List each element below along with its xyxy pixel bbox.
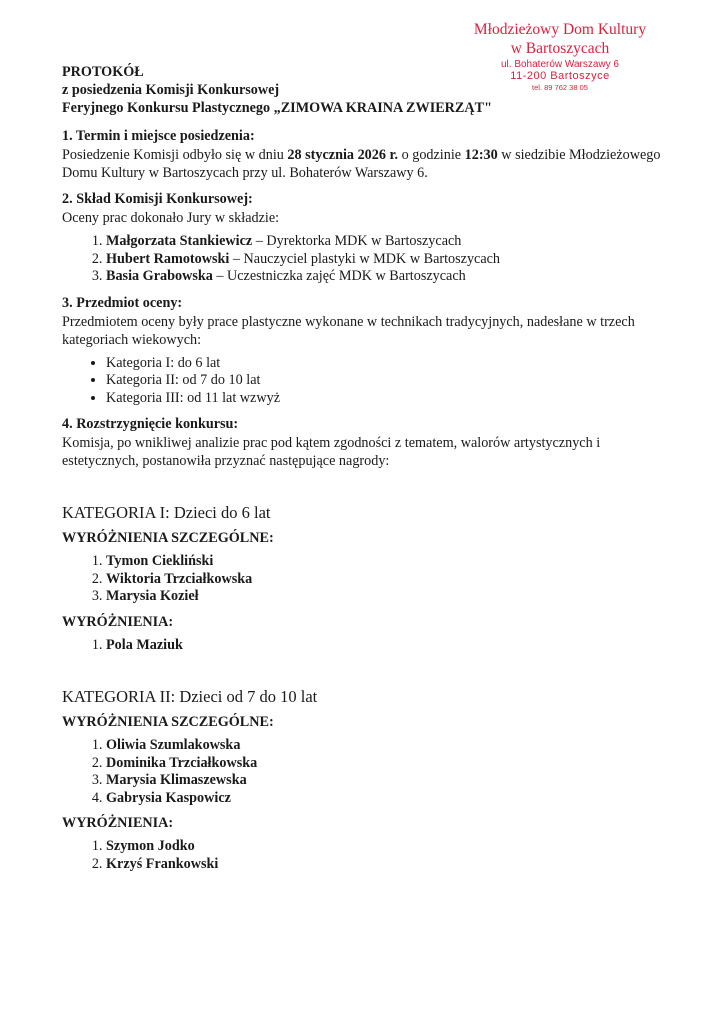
age-category: Kategoria II: od 7 do 10 lat: [106, 372, 662, 390]
section-3-text: Przedmiotem oceny były prace plastyczne …: [62, 313, 662, 349]
winner-name: Dominika Trzciałkowska: [106, 755, 662, 773]
jury-member: Basia Grabowska – Uczestniczka zajęć MDK…: [106, 268, 662, 286]
honorable-awards-list: Pola Maziuk: [62, 637, 662, 655]
doc-subtitle-1: z posiedzenia Komisji Konkursowej: [62, 81, 662, 99]
stamp-city: w Bartoszycach: [470, 41, 650, 57]
special-awards-label: WYRÓŻNIENIA SZCZEGÓLNE:: [62, 713, 662, 731]
member-role: – Uczestniczka zajęć MDK w Bartoszycach: [213, 268, 466, 284]
winner-name: Gabrysia Kaspowicz: [106, 790, 662, 808]
section-3-heading: 3. Przedmiot oceny:: [62, 294, 662, 312]
age-category: Kategoria III: od 11 lat wzwyż: [106, 390, 662, 408]
honorable-awards-label: WYRÓŻNIENIA:: [62, 814, 662, 832]
special-awards-list: Oliwia SzumlakowskaDominika Trzciałkowsk…: [62, 737, 662, 807]
member-role: – Dyrektorka MDK w Bartoszycach: [252, 233, 461, 249]
jury-list: Małgorzata Stankiewicz – Dyrektorka MDK …: [62, 233, 662, 286]
jury-member: Hubert Ramotowski – Nauczyciel plastyki …: [106, 251, 662, 269]
winner-name: Krzyś Frankowski: [106, 856, 662, 874]
meeting-time: 12:30: [465, 147, 498, 163]
winner-name: Wiktoria Trzciałkowska: [106, 571, 662, 589]
age-category-list: Kategoria I: do 6 latKategoria II: od 7 …: [62, 355, 662, 408]
winner-name: Szymon Jodko: [106, 838, 662, 856]
doc-subtitle-2: Feryjnego Konkursu Plastycznego „ZIMOWA …: [62, 99, 662, 117]
protocol-document: PROTOKÓŁ z posiedzenia Komisji Konkursow…: [62, 63, 662, 873]
text-part: o godzinie: [398, 147, 465, 163]
category-heading: KATEGORIA II: Dzieci od 7 do 10 lat: [62, 688, 662, 706]
member-name: Małgorzata Stankiewicz: [106, 233, 252, 249]
section-2-heading: 2. Skład Komisji Konkursowej:: [62, 190, 662, 208]
category-heading: KATEGORIA I: Dzieci do 6 lat: [62, 504, 662, 522]
honorable-awards-label: WYRÓŻNIENIA:: [62, 613, 662, 631]
winner-name: Oliwia Szumlakowska: [106, 737, 662, 755]
stamp-name: Młodzieżowy Dom Kultury: [470, 22, 650, 38]
honorable-awards-list: Szymon JodkoKrzyś Frankowski: [62, 838, 662, 873]
winner-name: Marysia Klimaszewska: [106, 772, 662, 790]
section-4-heading: 4. Rozstrzygnięcie konkursu:: [62, 415, 662, 433]
meeting-date: 28 stycznia 2026 r.: [287, 147, 398, 163]
member-name: Basia Grabowska: [106, 268, 213, 284]
text-part: Posiedzenie Komisji odbyło się w dniu: [62, 147, 287, 163]
special-awards-label: WYRÓŻNIENIA SZCZEGÓLNE:: [62, 529, 662, 547]
section-1-heading: 1. Termin i miejsce posiedzenia:: [62, 127, 662, 145]
jury-member: Małgorzata Stankiewicz – Dyrektorka MDK …: [106, 233, 662, 251]
results: KATEGORIA I: Dzieci do 6 latWYRÓŻNIENIA …: [62, 504, 662, 873]
section-2-intro: Oceny prac dokonało Jury w składzie:: [62, 209, 662, 227]
section-4-text: Komisja, po wnikliwej analizie prac pod …: [62, 434, 662, 470]
winner-name: Tymon Ciekliński: [106, 553, 662, 571]
special-awards-list: Tymon CieklińskiWiktoria TrzciałkowskaMa…: [62, 553, 662, 606]
section-1-text: Posiedzenie Komisji odbyło się w dniu 28…: [62, 146, 662, 182]
winner-name: Pola Maziuk: [106, 637, 662, 655]
doc-title: PROTOKÓŁ: [62, 63, 662, 81]
age-category: Kategoria I: do 6 lat: [106, 355, 662, 373]
member-role: – Nauczyciel plastyki w MDK w Bartoszyca…: [229, 251, 500, 267]
member-name: Hubert Ramotowski: [106, 251, 229, 267]
winner-name: Marysia Kozieł: [106, 588, 662, 606]
